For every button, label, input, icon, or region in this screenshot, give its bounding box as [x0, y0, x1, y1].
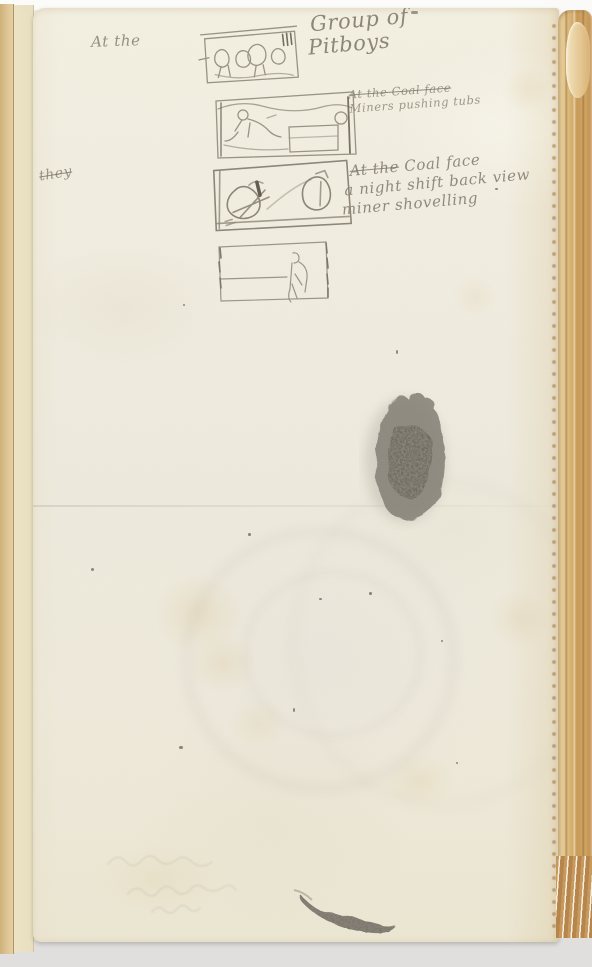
annotation-at-the: At the	[91, 31, 141, 51]
graphite-blot-drawing	[359, 388, 463, 530]
annotation-text: At the	[91, 31, 141, 51]
speck	[179, 746, 183, 749]
speck	[319, 598, 322, 600]
annotation-miners-pushing-tubs: At the Coal face Miners pushing tubs	[348, 79, 481, 115]
ghost-writing	[88, 846, 298, 928]
annotation-group-of-pitboys: Group of Pitboys	[309, 8, 411, 59]
speck	[411, 11, 418, 14]
left-page-edge-inner	[14, 5, 34, 952]
stain	[383, 753, 455, 809]
pencil-drawing	[209, 88, 359, 164]
pencil-drawing	[196, 23, 305, 91]
annotation-miner-shovelling: At the Coal face a night shift back view…	[349, 146, 533, 218]
stain	[153, 573, 245, 653]
speck	[293, 708, 295, 712]
graphite-smear-drawing	[286, 884, 426, 940]
speck	[396, 350, 398, 354]
ghost-circle-medium	[183, 528, 457, 792]
stain	[453, 276, 497, 318]
group-of-pitboys-sketch	[196, 23, 305, 95]
sketchbook-scan: At the Group of Pitboys At the Coal face…	[0, 0, 592, 967]
graphite-smear	[286, 884, 426, 942]
speck	[495, 188, 498, 190]
stain	[228, 698, 288, 748]
miners-at-coal-face-sketch	[205, 154, 358, 239]
ghost-writing-strokes	[88, 846, 298, 924]
speck	[183, 304, 185, 306]
left-page-edge-outer	[0, 4, 14, 954]
pencil-drawing	[213, 236, 335, 308]
stain	[188, 633, 258, 693]
annotation-crossed-word: they	[38, 163, 73, 184]
ghost-circle-small	[243, 570, 423, 738]
book-block-page-stripes	[556, 856, 592, 938]
book-block-edge	[558, 10, 592, 938]
horizontal-crease	[33, 505, 559, 507]
speck	[91, 568, 94, 571]
speck	[441, 640, 443, 642]
sketchbook-page: At the Group of Pitboys At the Coal face…	[33, 8, 559, 942]
pencil-drawing	[205, 154, 358, 235]
speck	[456, 762, 458, 764]
speck	[369, 592, 372, 595]
page-curl	[566, 22, 590, 98]
stain	[488, 588, 548, 648]
annotation-text-struck: they	[38, 163, 73, 184]
speck	[248, 533, 251, 536]
stain	[501, 66, 553, 112]
graphite-blot	[359, 388, 463, 534]
single-miner-figure-sketch	[213, 236, 335, 312]
